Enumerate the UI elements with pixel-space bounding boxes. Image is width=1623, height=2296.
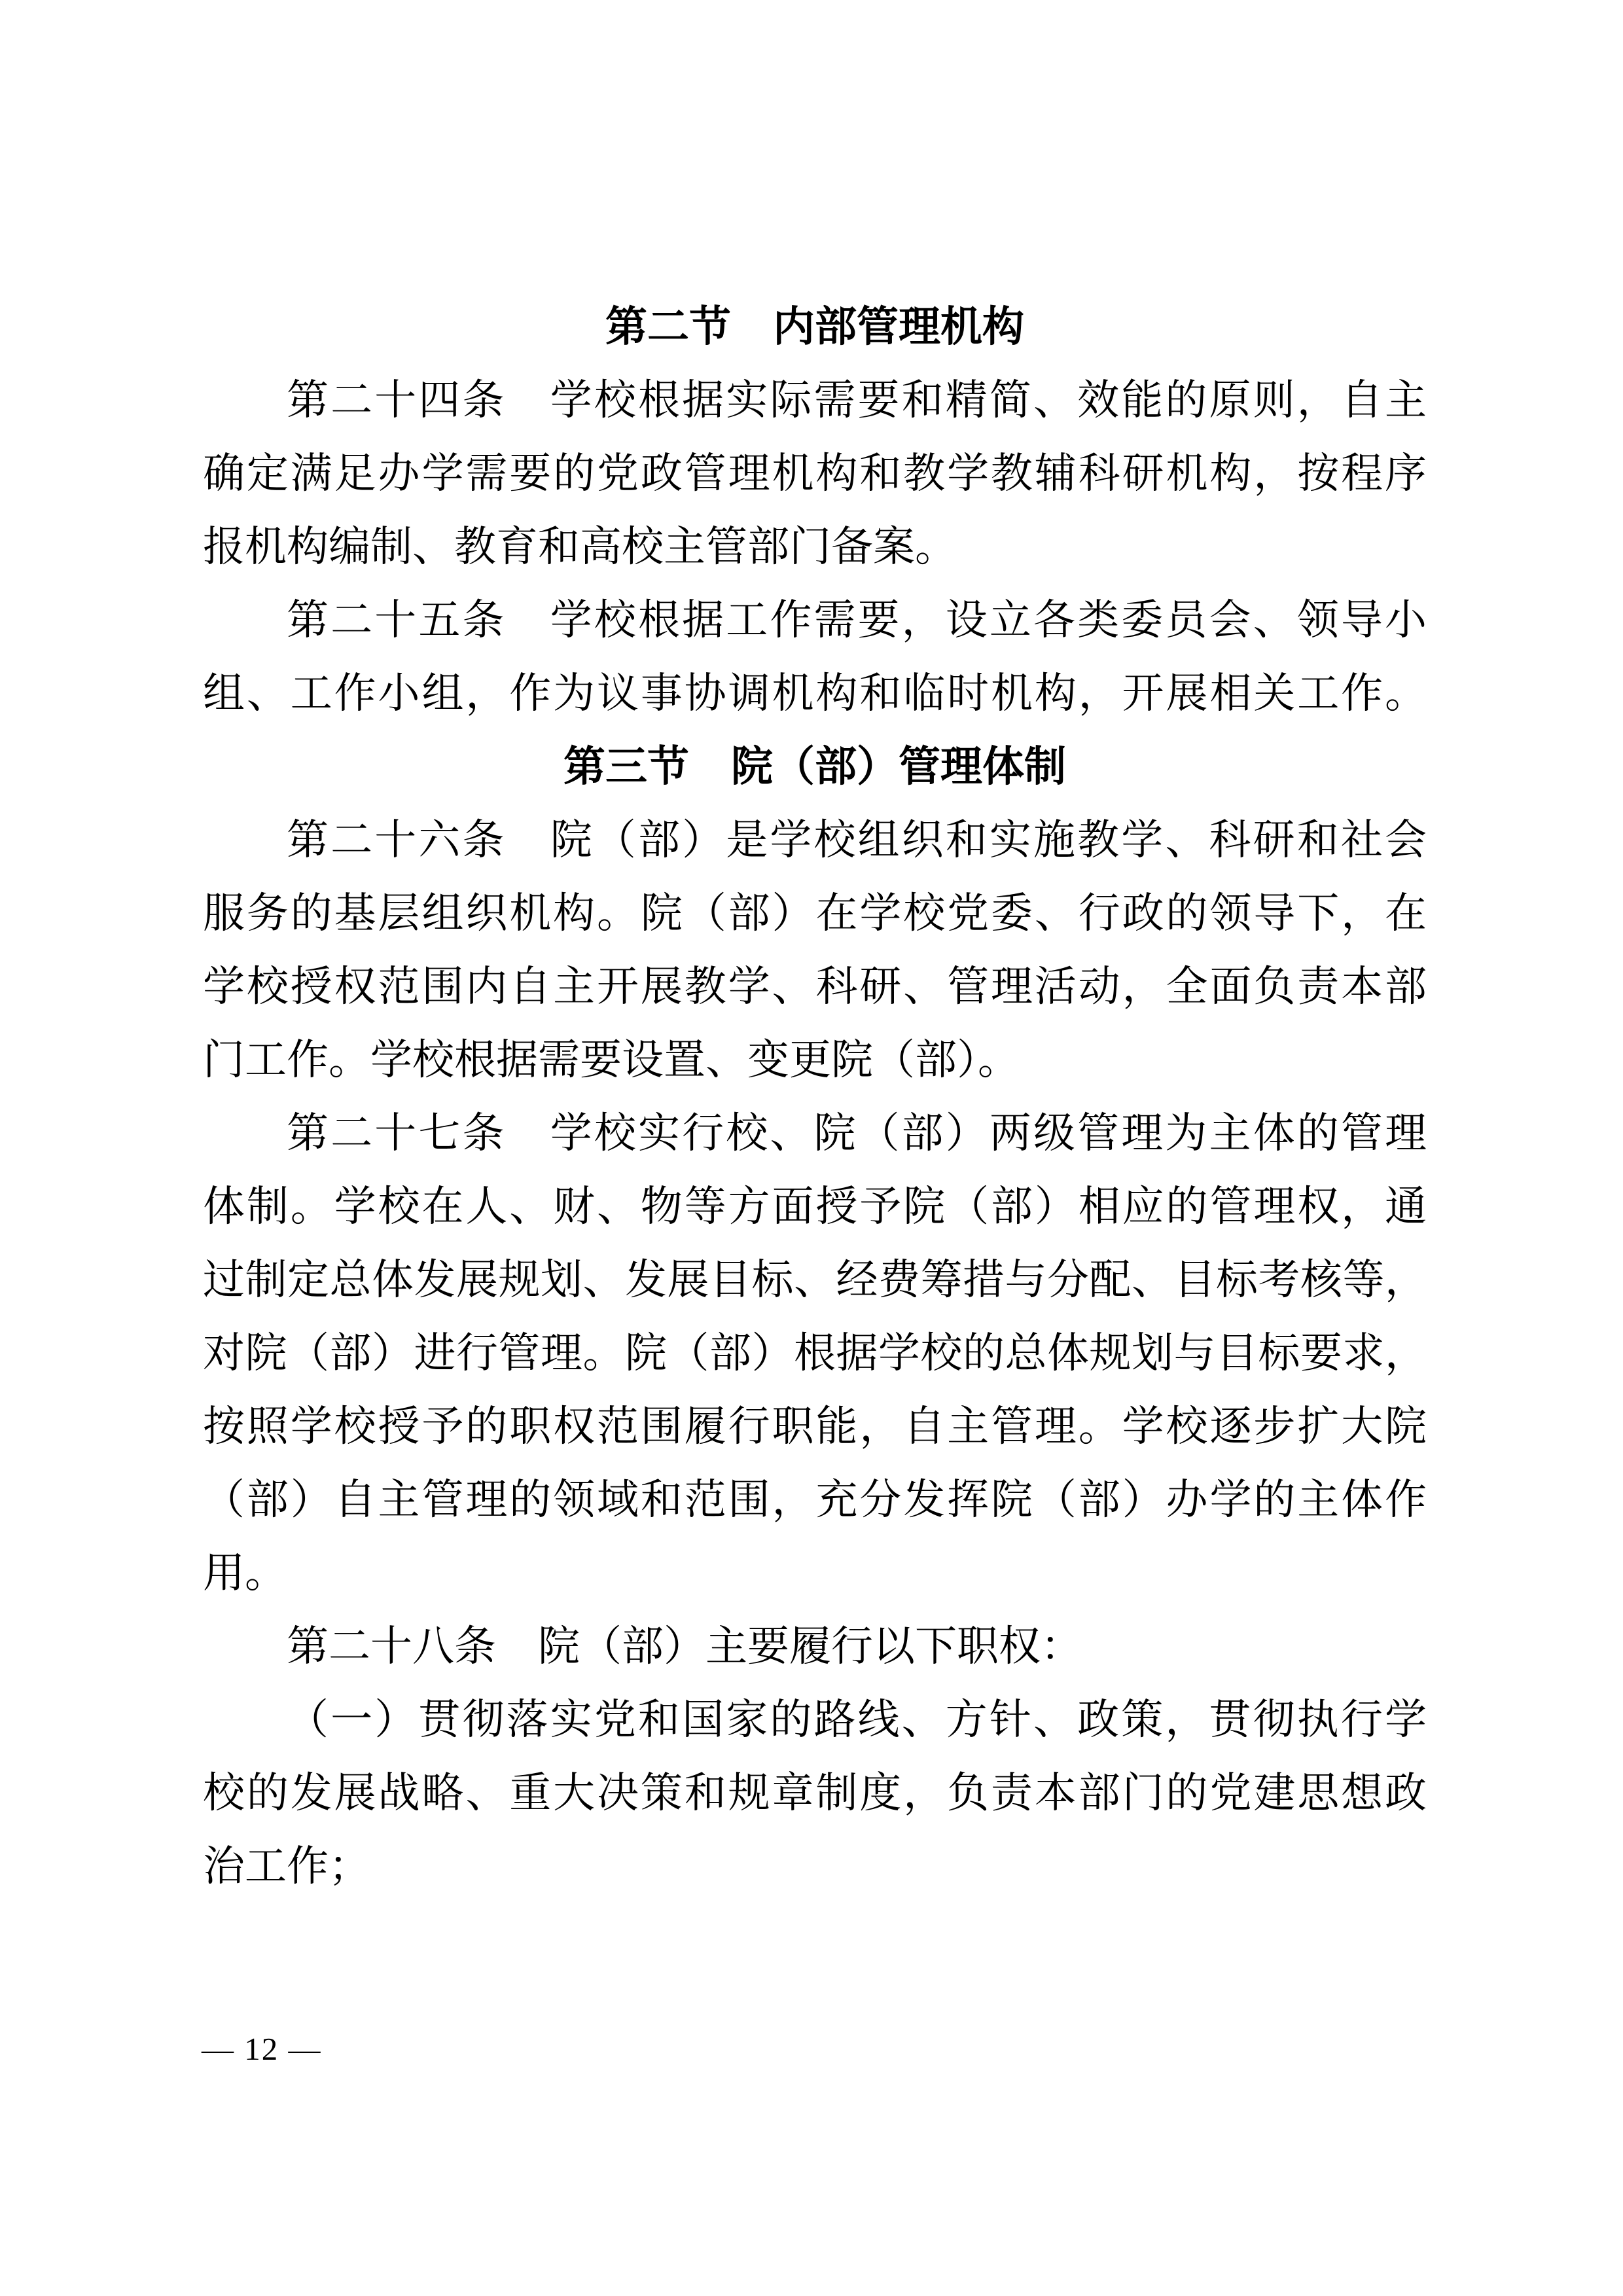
text-line: 第二十七条 学校实行校、院（部）两级管理为主体的管理 <box>203 1097 1427 1170</box>
page-footer: — 12 — <box>202 2026 322 2072</box>
text-line: 用。 <box>203 1537 1427 1610</box>
text-line: 学校授权范围内自主开展教学、科研、管理活动，全面负责本部 <box>203 950 1427 1024</box>
text-line: 第二十六条 院（部）是学校组织和实施教学、科研和社会 <box>203 804 1427 877</box>
document-body: 第二节 内部管理机构第二十四条 学校根据实际需要和精简、效能的原则，自主确定满足… <box>203 291 1427 1903</box>
text-line: 校的发展战略、重大决策和规章制度，负责本部门的党建思想政 <box>203 1757 1427 1830</box>
text-line: 第二十五条 学校根据工作需要，设立各类委员会、领导小 <box>203 584 1427 657</box>
text-line: 第二十四条 学校根据实际需要和精简、效能的原则，自主 <box>203 364 1427 437</box>
text-line: （部）自主管理的领域和范围，充分发挥院（部）办学的主体作 <box>203 1463 1427 1537</box>
text-line: 第二十八条 院（部）主要履行以下职权： <box>203 1610 1427 1683</box>
section-heading: 第三节 院（部）管理体制 <box>203 730 1427 804</box>
text-line: 治工作； <box>203 1830 1427 1903</box>
text-line: 对院（部）进行管理。院（部）根据学校的总体规划与目标要求， <box>203 1317 1427 1390</box>
text-line: 确定满足办学需要的党政管理机构和教学教辅科研机构，按程序 <box>203 437 1427 511</box>
section-heading: 第二节 内部管理机构 <box>203 291 1427 364</box>
document-page: 第二节 内部管理机构第二十四条 学校根据实际需要和精简、效能的原则，自主确定满足… <box>0 0 1623 2296</box>
text-line: 报机构编制、教育和高校主管部门备案。 <box>203 511 1427 584</box>
page-number: — 12 — <box>202 2031 322 2067</box>
text-line: （一）贯彻落实党和国家的路线、方针、政策，贯彻执行学 <box>203 1683 1427 1757</box>
text-line: 体制。学校在人、财、物等方面授予院（部）相应的管理权，通 <box>203 1170 1427 1244</box>
text-line: 按照学校授予的职权范围履行职能，自主管理。学校逐步扩大院 <box>203 1390 1427 1463</box>
text-line: 过制定总体发展规划、发展目标、经费筹措与分配、目标考核等， <box>203 1244 1427 1317</box>
text-line: 门工作。学校根据需要设置、变更院（部）。 <box>203 1024 1427 1097</box>
text-line: 组、工作小组，作为议事协调机构和临时机构，开展相关工作。 <box>203 657 1427 730</box>
text-line: 服务的基层组织机构。院（部）在学校党委、行政的领导下，在 <box>203 877 1427 950</box>
